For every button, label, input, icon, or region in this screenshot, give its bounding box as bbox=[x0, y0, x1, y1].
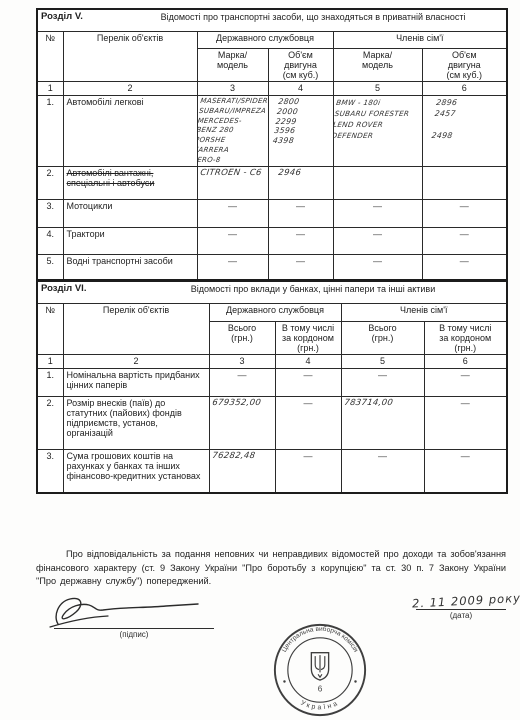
s6-header-objects: Перелік об'єктів bbox=[63, 303, 209, 354]
s5-row5-label: Водні транспортні засоби bbox=[63, 255, 197, 280]
section5-title-row: Розділ V. Відомості про транспортні засо… bbox=[37, 9, 507, 31]
s5-row1-family-brand-handwriting: BMW - 180i SUBARU FORESTER LEND ROVER DE… bbox=[333, 97, 419, 141]
s6-row3-dash: — bbox=[275, 449, 341, 493]
s5-header-engine-official: Об'єм двигуна (см куб.) bbox=[268, 48, 333, 81]
table-row: 3. Мотоцикли — — — — bbox=[37, 200, 507, 228]
s6-row1-label: Номінальна вартість придбаних цінних пап… bbox=[63, 368, 209, 396]
s5-row1-official-engine-handwriting: 2800 2000 2299 3596 4398 bbox=[272, 97, 330, 146]
s5-row4-dash: — bbox=[268, 228, 333, 255]
s5-colnum-5: 5 bbox=[333, 81, 422, 95]
s5-row4-dash: — bbox=[422, 228, 507, 255]
s6-colnum-6: 6 bbox=[424, 354, 507, 368]
stamp-separator-dot bbox=[283, 680, 285, 682]
s5-colnum-3: 3 bbox=[197, 81, 268, 95]
s6-row3-official-total-handwriting: 76282,48 bbox=[211, 451, 271, 461]
s5-row2-family-engine-empty bbox=[422, 167, 507, 200]
s5-row3-label: Мотоцикли bbox=[63, 200, 197, 228]
responsibility-warning-paragraph: Про відповідальність за подання неповних… bbox=[36, 548, 506, 589]
s5-row2-family-brand-empty bbox=[333, 167, 422, 200]
s5-row5-dash: — bbox=[333, 255, 422, 280]
s6-header-abroad-official: В тому числі за кордоном (грн.) bbox=[275, 321, 341, 354]
s5-row2-official-engine-handwriting: 2946 bbox=[277, 168, 329, 178]
s6-colnum-5: 5 bbox=[341, 354, 424, 368]
s6-header-total-official: Всього (грн.) bbox=[209, 321, 275, 354]
s5-column-numbers: 1 2 3 4 5 6 bbox=[37, 81, 507, 95]
s5-row1-num: 1. bbox=[37, 95, 63, 167]
section6-title-row: Розділ VI. Відомості про вклади у банках… bbox=[37, 281, 507, 303]
s5-row1-label: Автомобілі легкові bbox=[63, 95, 197, 167]
s5-row3-dash: — bbox=[268, 200, 333, 228]
section6-label: Розділ VI. bbox=[41, 283, 123, 294]
table-row: 1. Номінальна вартість придбаних цінних … bbox=[37, 368, 507, 396]
s5-row5-dash: — bbox=[268, 255, 333, 280]
s5-row1-family-engine-handwriting: 2896 2457 2498 bbox=[430, 97, 503, 141]
table-row: 1. Автомобілі легкові MASERATI/SPIDER SU… bbox=[37, 95, 507, 167]
s5-row4-dash: — bbox=[197, 228, 268, 255]
s6-header-official: Державного службовця bbox=[209, 303, 341, 321]
s5-header-objects: Перелік об'єктів bbox=[63, 31, 197, 81]
s6-row3-label: Сума грошових коштів на рахунках у банка… bbox=[63, 449, 209, 493]
s5-row3-dash: — bbox=[422, 200, 507, 228]
handwritten-signature bbox=[48, 594, 220, 628]
s6-row1-dash: — bbox=[275, 368, 341, 396]
table-row: 2. Автомобілі вантажні, спеціальні і авт… bbox=[37, 167, 507, 200]
s6-row2-dash: — bbox=[275, 396, 341, 449]
s6-header-num: № bbox=[37, 303, 63, 354]
s5-header-official: Державного службовця bbox=[197, 31, 333, 48]
table-row: 4. Трактори — — — — bbox=[37, 228, 507, 255]
signature-label: (підпис) bbox=[54, 630, 214, 639]
s6-row1-dash: — bbox=[341, 368, 424, 396]
document-page: { "colors": { "ink": "#1f1f1f", "handwri… bbox=[0, 0, 520, 720]
s6-row1-dash: — bbox=[424, 368, 507, 396]
stamp-text-bottom: Україна bbox=[299, 699, 340, 711]
s5-colnum-2: 2 bbox=[63, 81, 197, 95]
s6-row2-official-total-handwriting: 679352,00 bbox=[211, 398, 271, 408]
s5-colnum-6: 6 bbox=[422, 81, 507, 95]
central-election-commission-stamp: Центральна виборча комісія Україна 6 bbox=[272, 622, 368, 718]
s6-header-abroad-family: В тому числі за кордоном (грн.) bbox=[424, 321, 507, 354]
table-row: 2. Розмір внесків (паїв) до статутних (п… bbox=[37, 396, 507, 449]
stamp-number: 6 bbox=[318, 685, 323, 694]
svg-text:Центральна виборча комісія: Центральна виборча комісія bbox=[281, 625, 359, 654]
s6-row2-dash: — bbox=[424, 396, 507, 449]
s5-header-num: № bbox=[37, 31, 63, 81]
s5-row5-dash: — bbox=[197, 255, 268, 280]
s5-row2-official-brand-handwriting: CITROEN - C6 bbox=[199, 168, 264, 178]
s6-row2-num: 2. bbox=[37, 396, 63, 449]
s5-row5-num: 5. bbox=[37, 255, 63, 280]
signature-line bbox=[54, 628, 214, 629]
s6-colnum-3: 3 bbox=[209, 354, 275, 368]
s5-row2-label-strikethrough: Автомобілі вантажні, спеціальні і автобу… bbox=[67, 168, 155, 188]
s5-row4-label: Трактори bbox=[63, 228, 197, 255]
s6-colnum-2: 2 bbox=[63, 354, 209, 368]
s5-row3-num: 3. bbox=[37, 200, 63, 228]
section6-title: Відомості про вклади у банках, цінні пап… bbox=[123, 284, 503, 294]
s5-colnum-1: 1 bbox=[37, 81, 63, 95]
s5-row4-dash: — bbox=[333, 228, 422, 255]
s6-row1-dash: — bbox=[209, 368, 275, 396]
table-row: 3. Сума грошових коштів на рахунках у ба… bbox=[37, 449, 507, 493]
s6-header-total-family: Всього (грн.) bbox=[341, 321, 424, 354]
s5-row1-official-brand-handwriting: MASERATI/SPIDER SUBARU/IMPREZA MERCEDES-… bbox=[197, 97, 265, 166]
s6-row2-label: Розмір внесків (паїв) до статутних (пайо… bbox=[63, 396, 209, 449]
stamp-text-top: Центральна виборча комісія bbox=[281, 625, 359, 654]
section5-label: Розділ V. bbox=[41, 11, 123, 22]
s6-row1-num: 1. bbox=[37, 368, 63, 396]
trident-shield-icon bbox=[311, 653, 328, 680]
s6-row3-dash: — bbox=[341, 449, 424, 493]
date-block: 2. 11 2009 року (дата) bbox=[412, 594, 510, 620]
handwritten-date: 2. 11 2009 року bbox=[412, 591, 511, 610]
s6-colnum-4: 4 bbox=[275, 354, 341, 368]
s5-colnum-4: 4 bbox=[268, 81, 333, 95]
s5-header-brand-family: Марка/ модель bbox=[333, 48, 422, 81]
signature-block: (підпис) bbox=[48, 594, 220, 639]
s5-row3-dash: — bbox=[197, 200, 268, 228]
s5-row4-num: 4. bbox=[37, 228, 63, 255]
section5-title: Відомості про транспортні засоби, що зна… bbox=[123, 12, 503, 22]
s6-header-family: Членів сім'ї bbox=[341, 303, 507, 321]
stamp-separator-dot bbox=[354, 680, 356, 682]
svg-text:Україна: Україна bbox=[299, 699, 340, 711]
section6-table: Розділ VI. Відомості про вклади у банках… bbox=[36, 280, 508, 494]
s6-row3-num: 3. bbox=[37, 449, 63, 493]
date-label: (дата) bbox=[412, 611, 510, 620]
s6-colnum-1: 1 bbox=[37, 354, 63, 368]
s6-row3-dash: — bbox=[424, 449, 507, 493]
s5-header-family: Членів сім'ї bbox=[333, 31, 507, 48]
round-stamp-icon: Центральна виборча комісія Україна 6 bbox=[272, 622, 368, 718]
s5-row2-num: 2. bbox=[37, 167, 63, 200]
s5-header-brand-official: Марка/ модель bbox=[197, 48, 268, 81]
section5-table: Розділ V. Відомості про транспортні засо… bbox=[36, 8, 508, 281]
s6-column-numbers: 1 2 3 4 5 6 bbox=[37, 354, 507, 368]
s5-row3-dash: — bbox=[333, 200, 422, 228]
s5-header-engine-family: Об'єм двигуна (см куб.) bbox=[422, 48, 507, 81]
s6-row2-family-total-handwriting: 783714,00 bbox=[343, 398, 420, 408]
table-row: 5. Водні транспортні засоби — — — — bbox=[37, 255, 507, 280]
s5-row5-dash: — bbox=[422, 255, 507, 280]
